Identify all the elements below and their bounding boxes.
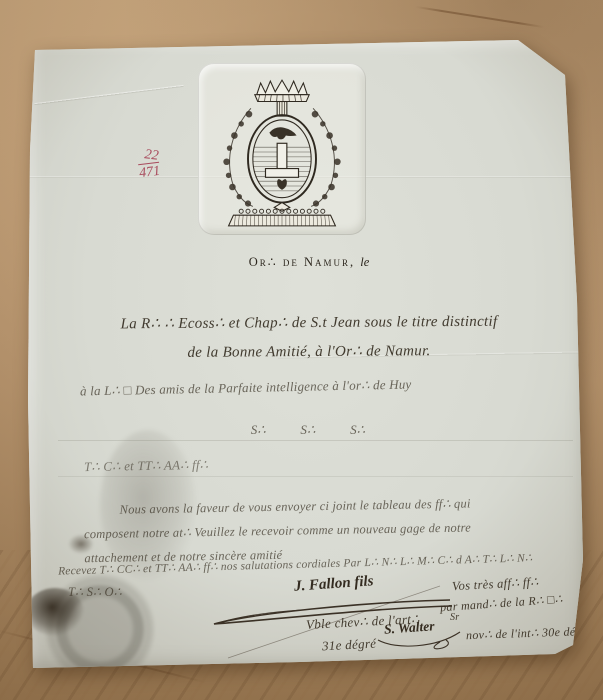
signature-right-suffix: Sr	[450, 612, 460, 623]
inventory-number-red: 22 471	[138, 147, 163, 181]
heart-icon	[277, 179, 287, 190]
signature-center-degree: 31e dégré	[322, 636, 377, 655]
signature-center-name: J. Fallon fils	[294, 573, 375, 596]
postscript-line: T∴ S∴ O∴	[68, 584, 122, 600]
heading-line-2: de la Bonne Amitié, à l'Or∴ de Namur.	[64, 340, 554, 362]
masonic-crest-engraving	[214, 78, 350, 228]
crease-line	[34, 85, 183, 105]
salutation-line: T∴ C∴ et TT∴ AA∴ ff∴	[84, 457, 208, 475]
printed-place-text: Or∴ de Namur,	[249, 255, 355, 269]
crown-icon	[257, 80, 308, 95]
address-line: à la L∴ □ Des amis de la Parfaite intell…	[80, 377, 412, 400]
photo-of-document: 22 471 Or∴ de Namur, le La R∴ ∴ Ecoss∴ e…	[0, 0, 603, 700]
wood-scratch	[416, 6, 545, 28]
printed-le-text: le	[360, 255, 369, 269]
heading-line-1: La R∴ ∴ Ecoss∴ et Chap∴ de S.t Jean sous…	[64, 311, 554, 333]
hand-icon	[269, 127, 296, 139]
inventory-number-bottom: 471	[138, 162, 161, 181]
signature-right-name: S. Walter	[384, 618, 436, 637]
signature-right-title: nov∴ de l'int∴ 30e dégré	[466, 624, 593, 643]
printed-place-line: Or∴ de Namur, le	[28, 254, 590, 270]
signature-right-line-1: Vos très aff∴ ff∴	[452, 574, 539, 595]
paper-document: 22 471 Or∴ de Namur, le La R∴ ∴ Ecoss∴ e…	[28, 36, 590, 672]
ruled-guide-line	[58, 476, 573, 477]
triple-s-line: S∴ S∴ S∴	[158, 422, 458, 438]
ruled-guide-line	[58, 440, 573, 441]
